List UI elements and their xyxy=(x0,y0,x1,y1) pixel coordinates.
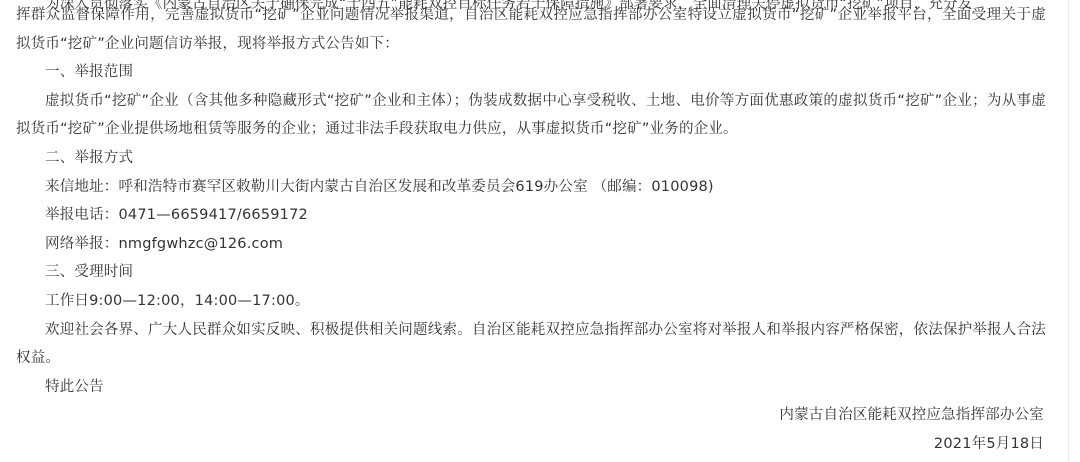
mailing-address: 来信地址：呼和浩特市赛罕区敕勒川大街内蒙古自治区发展和改革委员会619办公室 （… xyxy=(16,173,1046,202)
article-body: 为深入贯彻落实《内蒙古自治区关于确保完成“十四五”能耗双控目标任务若干保障措施》… xyxy=(16,0,1046,459)
closing-paragraph: 欢迎社会各界、广大人民群众如实反映、积极提供相关问题线索。自治区能耗双控应急指挥… xyxy=(16,316,1046,373)
scope-paragraph: 虚拟货币“挖矿”企业（含其他多种隐藏形式“挖矿”企业和主体）；伪装成数据中心享受… xyxy=(16,87,1046,144)
page-edge-divider xyxy=(1068,0,1080,462)
report-email: 网络举报：nmgfgwhzc@126.com xyxy=(16,230,1046,259)
signature-date: 2021年5月18日 xyxy=(16,430,1046,459)
notice-text: 特此公告 xyxy=(16,373,1046,402)
intro-paragraph: 挥群众监督保障作用，完善虚拟货币“挖矿”企业问题情况举报渠道，自治区能耗双控应急… xyxy=(16,1,1046,58)
section-heading-hours: 三、受理时间 xyxy=(16,258,1046,287)
office-hours: 工作日9:00—12:00，14:00—17:00。 xyxy=(16,287,1046,316)
section-heading-scope: 一、举报范围 xyxy=(16,58,1046,87)
report-phone: 举报电话：0471—6659417/6659172 xyxy=(16,201,1046,230)
signature-org: 内蒙古自治区能耗双控应急指挥部办公室 xyxy=(16,401,1046,430)
document-page: 为深入贯彻落实《内蒙古自治区关于确保完成“十四五”能耗双控目标任务若干保障措施》… xyxy=(0,0,1068,462)
section-heading-methods: 二、举报方式 xyxy=(16,144,1046,173)
